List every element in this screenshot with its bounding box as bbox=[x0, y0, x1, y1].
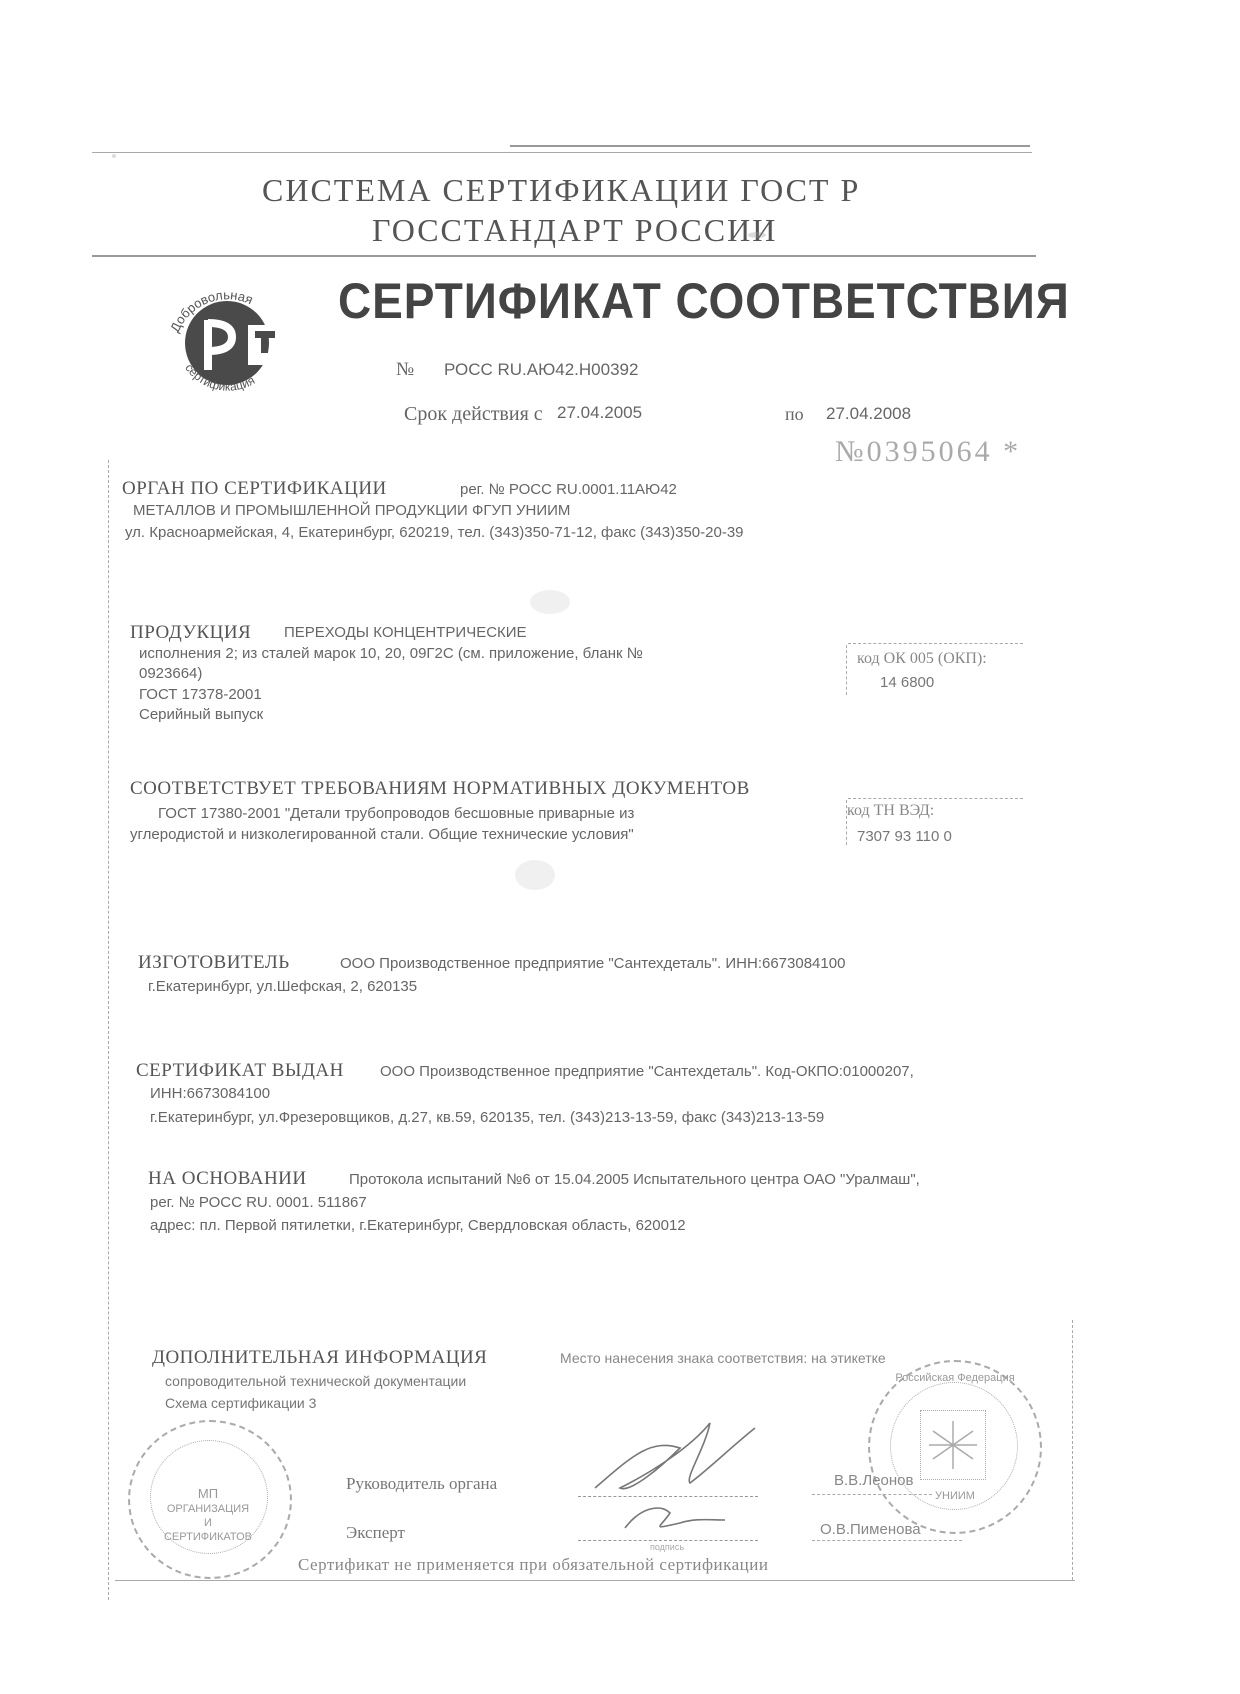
system-title: СИСТЕМА СЕРТИФИКАЦИИ ГОСТ Р bbox=[262, 172, 860, 209]
blank-number: №0395064 * bbox=[835, 435, 1021, 469]
top-rule-accent bbox=[510, 145, 1030, 147]
head-name-line bbox=[812, 1494, 932, 1495]
product-line-2: исполнения 2; из сталей марок 10, 20, 09… bbox=[139, 645, 643, 662]
product-release-type: Серийный выпуск bbox=[139, 706, 263, 723]
basis-registration: рег. № РОСС RU. 0001. 511867 bbox=[150, 1194, 367, 1211]
manufacturer-heading: ИЗГОТОВИТЕЛЬ bbox=[138, 952, 290, 974]
issued-to-name: ООО Производственное предприятие "Сантех… bbox=[380, 1063, 914, 1080]
head-of-body-label: Руководитель органа bbox=[346, 1474, 497, 1494]
manufacturer-address: г.Екатеринбург, ул.Шефская, 2, 620135 bbox=[148, 978, 417, 995]
bottom-rule bbox=[115, 1580, 1075, 1581]
additional-info-line-1: Место нанесения знака соответствия: на э… bbox=[560, 1350, 886, 1366]
conformity-line-2: углеродистой и низколегированной стали. … bbox=[130, 826, 634, 843]
conformity-heading: СООТВЕТСТВУЕТ ТРЕБОВАНИЯМ НОРМАТИВНЫХ ДО… bbox=[130, 778, 750, 800]
expert-name-line bbox=[812, 1540, 962, 1541]
number-label: № bbox=[396, 359, 414, 381]
certification-body-registration: рег. № РОСС RU.0001.11АЮ42 bbox=[460, 481, 677, 498]
right-seal-bottom-text: УНИИМ bbox=[920, 1490, 990, 1502]
validity-label: Срок действия с bbox=[404, 403, 543, 426]
certificate-title: СЕРТИФИКАТ СООТВЕТСТВИЯ bbox=[338, 272, 1070, 330]
product-standard: ГОСТ 17378-2001 bbox=[139, 686, 262, 703]
product-line-3: 0923664) bbox=[139, 665, 202, 682]
left-seal-center: МП bbox=[188, 1486, 228, 1501]
left-seal-line-3: СЕРТИФИКАТОВ bbox=[160, 1531, 256, 1543]
okp-box-left bbox=[846, 645, 847, 695]
rst-logo-icon: Добровольная сертификация bbox=[160, 275, 295, 410]
right-frame bbox=[1072, 1320, 1073, 1580]
validity-text: Срок действия bbox=[404, 403, 529, 425]
scan-speck bbox=[530, 590, 570, 614]
scan-speck bbox=[748, 232, 766, 238]
certification-scheme: Схема сертификации 3 bbox=[165, 1395, 316, 1411]
tnved-box-rule bbox=[848, 798, 1023, 799]
certification-body-address: ул. Красноармейская, 4, Екатеринбург, 62… bbox=[125, 524, 744, 541]
conformity-line-1: ГОСТ 17380-2001 "Детали трубопроводов бе… bbox=[158, 805, 634, 822]
issued-to-inn: ИНН:6673084100 bbox=[150, 1085, 270, 1102]
footer-note: Сертификат не применяется при обязательн… bbox=[298, 1555, 768, 1575]
left-seal-line-2: И bbox=[160, 1517, 256, 1529]
certification-body-heading: ОРГАН ПО СЕРТИФИКАЦИИ bbox=[122, 478, 387, 500]
left-frame bbox=[108, 460, 109, 1600]
basis-address: адрес: пл. Первой пятилетки, г.Екатеринб… bbox=[150, 1217, 686, 1234]
right-seal-emblem bbox=[920, 1410, 986, 1480]
product-heading: ПРОДУКЦИЯ bbox=[130, 622, 251, 644]
expert-signature-icon bbox=[620, 1498, 730, 1543]
certification-body-name: МЕТАЛЛОВ И ПРОМЫШЛЕННОЙ ПРОДУКЦИИ ФГУП У… bbox=[133, 502, 570, 519]
scan-speck bbox=[112, 154, 116, 158]
expert-label: Эксперт bbox=[346, 1523, 405, 1543]
manufacturer-name: ООО Производственное предприятие "Сантех… bbox=[340, 955, 845, 972]
valid-to-date: 27.04.2008 bbox=[826, 404, 911, 424]
tnved-code-value: 7307 93 110 0 bbox=[857, 828, 952, 845]
valid-from-date: 27.04.2005 bbox=[557, 403, 642, 423]
right-seal-top-text: Российская Федерация bbox=[880, 1372, 1030, 1384]
tnved-code-label: код ТН ВЭД: bbox=[847, 802, 934, 820]
basis-protocol: Протокола испытаний №6 от 15.04.2005 Исп… bbox=[349, 1171, 920, 1188]
additional-info-heading: ДОПОЛНИТЕЛЬНАЯ ИНФОРМАЦИЯ bbox=[152, 1347, 487, 1369]
okp-box-rule bbox=[848, 643, 1023, 644]
top-rule bbox=[92, 152, 1032, 153]
okp-code-value: 14 6800 bbox=[880, 674, 934, 691]
system-subtitle: ГОССТАНДАРТ РОССИИ bbox=[372, 212, 777, 249]
additional-info-line-2: сопроводительной технической документаци… bbox=[165, 1373, 466, 1389]
issued-to-heading: СЕРТИФИКАТ ВЫДАН bbox=[136, 1060, 344, 1082]
basis-heading: НА ОСНОВАНИИ bbox=[148, 1168, 307, 1190]
certificate-number: РОСС RU.АЮ42.Н00392 bbox=[444, 360, 638, 380]
expert-name: О.В.Пименова bbox=[820, 1521, 921, 1538]
issued-to-address: г.Екатеринбург, ул.Фрезеровщиков, д.27, … bbox=[150, 1109, 824, 1126]
validity-to-label: по bbox=[785, 404, 804, 425]
left-seal-line-1: ОРГАНИЗАЦИЯ bbox=[160, 1503, 256, 1515]
header-rule bbox=[92, 255, 1036, 257]
okp-code-label: код ОК 005 (ОКП): bbox=[857, 650, 987, 668]
head-of-body-name: В.В.Леонов bbox=[834, 1472, 913, 1489]
validity-from-label: с bbox=[534, 403, 543, 425]
product-name: ПЕРЕХОДЫ КОНЦЕНТРИЧЕСКИЕ bbox=[284, 624, 527, 641]
signature-caption: подпись bbox=[650, 1542, 684, 1552]
scan-speck bbox=[515, 860, 555, 890]
